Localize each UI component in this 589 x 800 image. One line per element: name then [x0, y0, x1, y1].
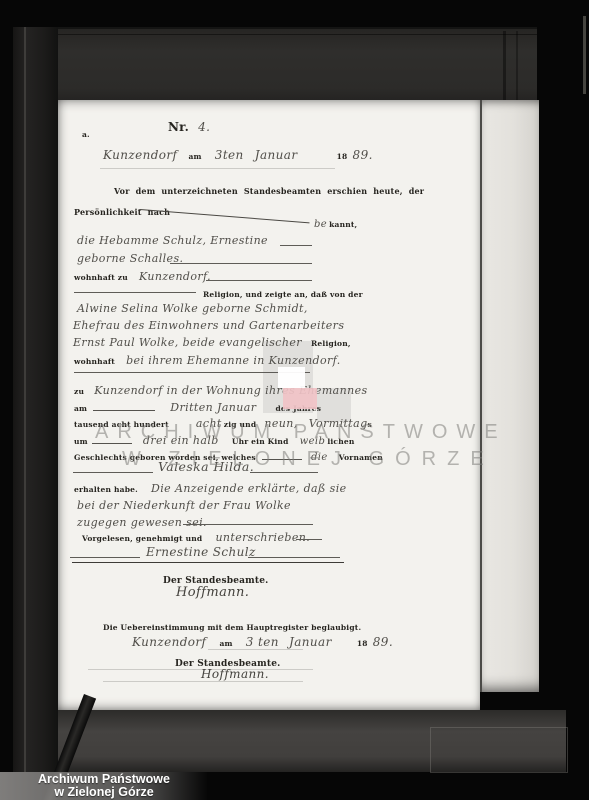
- header-am: am: [189, 152, 202, 161]
- birthplace-printed: zu: [74, 387, 84, 396]
- date-underline: [100, 168, 335, 169]
- archive-label-bar: Archiwum Państwowe w Zielonej Górze: [0, 772, 208, 800]
- cert-place: Kunzendorf: [132, 635, 206, 649]
- record-number: Nr. 4.: [168, 116, 210, 135]
- watermark-text-line1: ARCHIWUM PAŃSTWOWE: [95, 421, 507, 444]
- signature-rule-left: [70, 557, 140, 558]
- cert-century: 18: [357, 639, 368, 648]
- trailing-rule: [280, 245, 312, 246]
- register-page: a. Nr. 4. Kunzendorf am 3ten Januar 18 8…: [58, 100, 480, 710]
- residence2-printed: wohnhaft: [74, 357, 115, 366]
- declarant-line-1: die Hebamme Schulz, Ernestine: [77, 229, 268, 248]
- header-year: 89.: [353, 148, 373, 162]
- board-edge-line: [14, 34, 537, 35]
- declarant-signature: Ernestine Schulz: [146, 541, 256, 560]
- next-page-edge: [480, 100, 539, 692]
- board-scratch: [503, 31, 506, 101]
- archival-photo: a. Nr. 4. Kunzendorf am 3ten Januar 18 8…: [0, 0, 589, 800]
- residence-hand: Kunzendorf.: [139, 270, 211, 283]
- bekannt-line: bekannt,: [314, 212, 357, 231]
- header-day: 3ten: [215, 148, 244, 162]
- header-month: Januar: [255, 148, 298, 162]
- closing-rule: [72, 562, 344, 563]
- signature-rule-right: [248, 557, 340, 558]
- trailing-rule: [296, 539, 322, 540]
- watermark-text-line2: W ZIELONEJ GÓRZE: [122, 448, 495, 471]
- book-board-left: [13, 27, 58, 772]
- watermark-block-gray-2: [317, 388, 351, 422]
- father-religion-printed: Religion,: [311, 339, 351, 348]
- margin-letter: a.: [82, 122, 90, 141]
- blank-religion-line: [74, 292, 196, 293]
- erhalten-printed: erhalten habe.: [74, 485, 138, 494]
- record-number-label: Nr.: [168, 120, 189, 134]
- name-rule-left: [73, 472, 153, 473]
- faint-rule: [103, 681, 303, 682]
- bekannt-printed: kannt,: [329, 220, 357, 229]
- registrar-signature-2: Hoffmann.: [201, 663, 269, 682]
- cert-am: am: [220, 639, 233, 648]
- board-scratch: [516, 31, 518, 101]
- trailing-rule: [206, 280, 312, 281]
- declarant-name: die Hebamme Schulz, Ernestine: [77, 234, 268, 247]
- board-edge-highlight: [24, 27, 26, 772]
- blank-line: [93, 402, 155, 411]
- archive-label-line2: w Zielonej Górze: [0, 786, 208, 799]
- faint-rule: [88, 669, 313, 670]
- registrar-signature: Hoffmann.: [176, 581, 249, 600]
- watermark-block-pink: [283, 388, 317, 409]
- declarant-signature-text: Ernestine Schulz: [146, 545, 256, 559]
- board-frame-line: [430, 727, 568, 773]
- cert-month: Januar: [289, 635, 332, 649]
- date-underline: [208, 649, 303, 650]
- bekannt-hand: be: [314, 219, 327, 230]
- intro-text-1: Vor dem unterzeichneten Standesbeamten e…: [114, 186, 424, 196]
- cert-day: 3 ten: [246, 635, 279, 649]
- book-board-top: [14, 27, 537, 103]
- header-place: Kunzendorf: [103, 148, 177, 162]
- margin-letter-text: a.: [82, 130, 90, 139]
- trailing-rule: [183, 524, 313, 525]
- declarant-maiden-name: geborne Schalles.: [77, 252, 183, 265]
- name-rule-right: [250, 472, 318, 473]
- header-date-line: Kunzendorf am 3ten Januar 18 89.: [103, 144, 373, 163]
- registrar-signature-text: Hoffmann.: [176, 585, 249, 600]
- cert-year: 89.: [373, 635, 393, 649]
- certification-date-line: Kunzendorf am 3 ten Januar 18 89.: [132, 631, 393, 650]
- record-number-value: 4.: [198, 120, 210, 134]
- trailing-rule: [170, 263, 312, 264]
- declarant-line-2: geborne Schalles.: [77, 247, 183, 266]
- intro-text-2: Persönlichkeit nach: [74, 207, 170, 217]
- residence-printed: wohnhaft zu: [74, 273, 128, 282]
- background-sliver: [583, 16, 586, 94]
- residence-line: wohnhaft zu Kunzendorf.: [74, 265, 211, 284]
- watermark-block-white: [278, 367, 305, 388]
- header-century: 18: [337, 152, 348, 161]
- intro-line-1: Vor dem unterzeichneten Standesbeamten e…: [114, 179, 424, 198]
